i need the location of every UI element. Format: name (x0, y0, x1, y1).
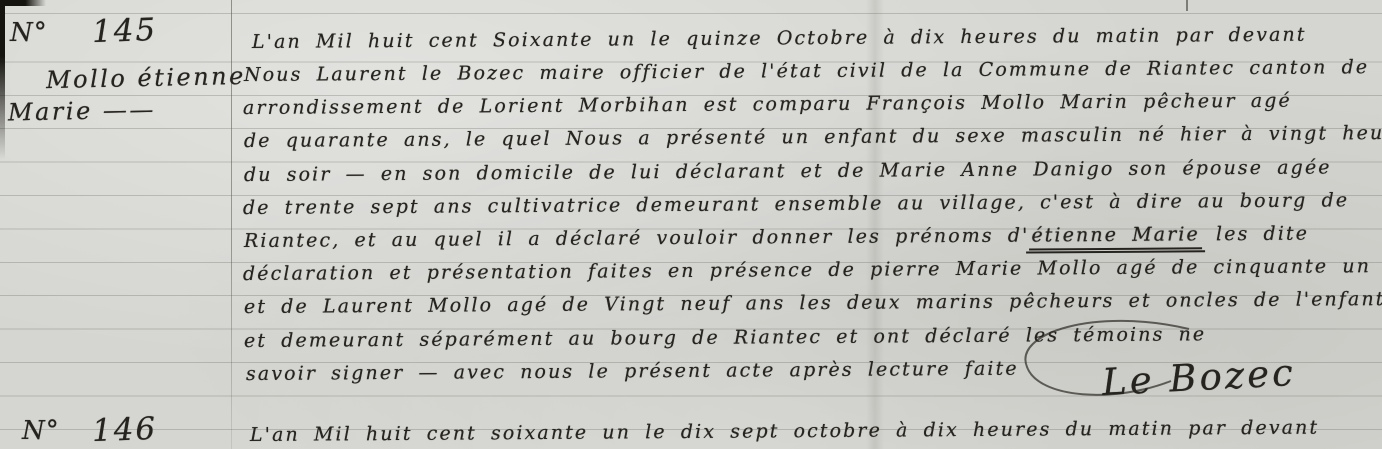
next-act-number-label: N° (22, 416, 60, 446)
scan-crease-mark (1186, 0, 1188, 11)
act-number-label: N° (10, 18, 48, 48)
margin-name-line2: Marie —— (8, 95, 156, 126)
child-name-underlined: étienne Marie (1029, 223, 1202, 250)
register-page: N° 145 Mollo étienne Marie —— L'an Mil h… (0, 0, 1382, 449)
scan-edge-left (0, 0, 5, 160)
act-number: 145 (91, 12, 157, 50)
scan-edge-top (0, 0, 46, 6)
margin-name-line1: Mollo étienne (46, 62, 246, 94)
act-line-7-after: les dite (1202, 223, 1309, 246)
next-act-number: 146 (91, 411, 157, 449)
act-line-7-before: Riantec, et au quel il a déclaré vouloir… (244, 225, 1030, 252)
